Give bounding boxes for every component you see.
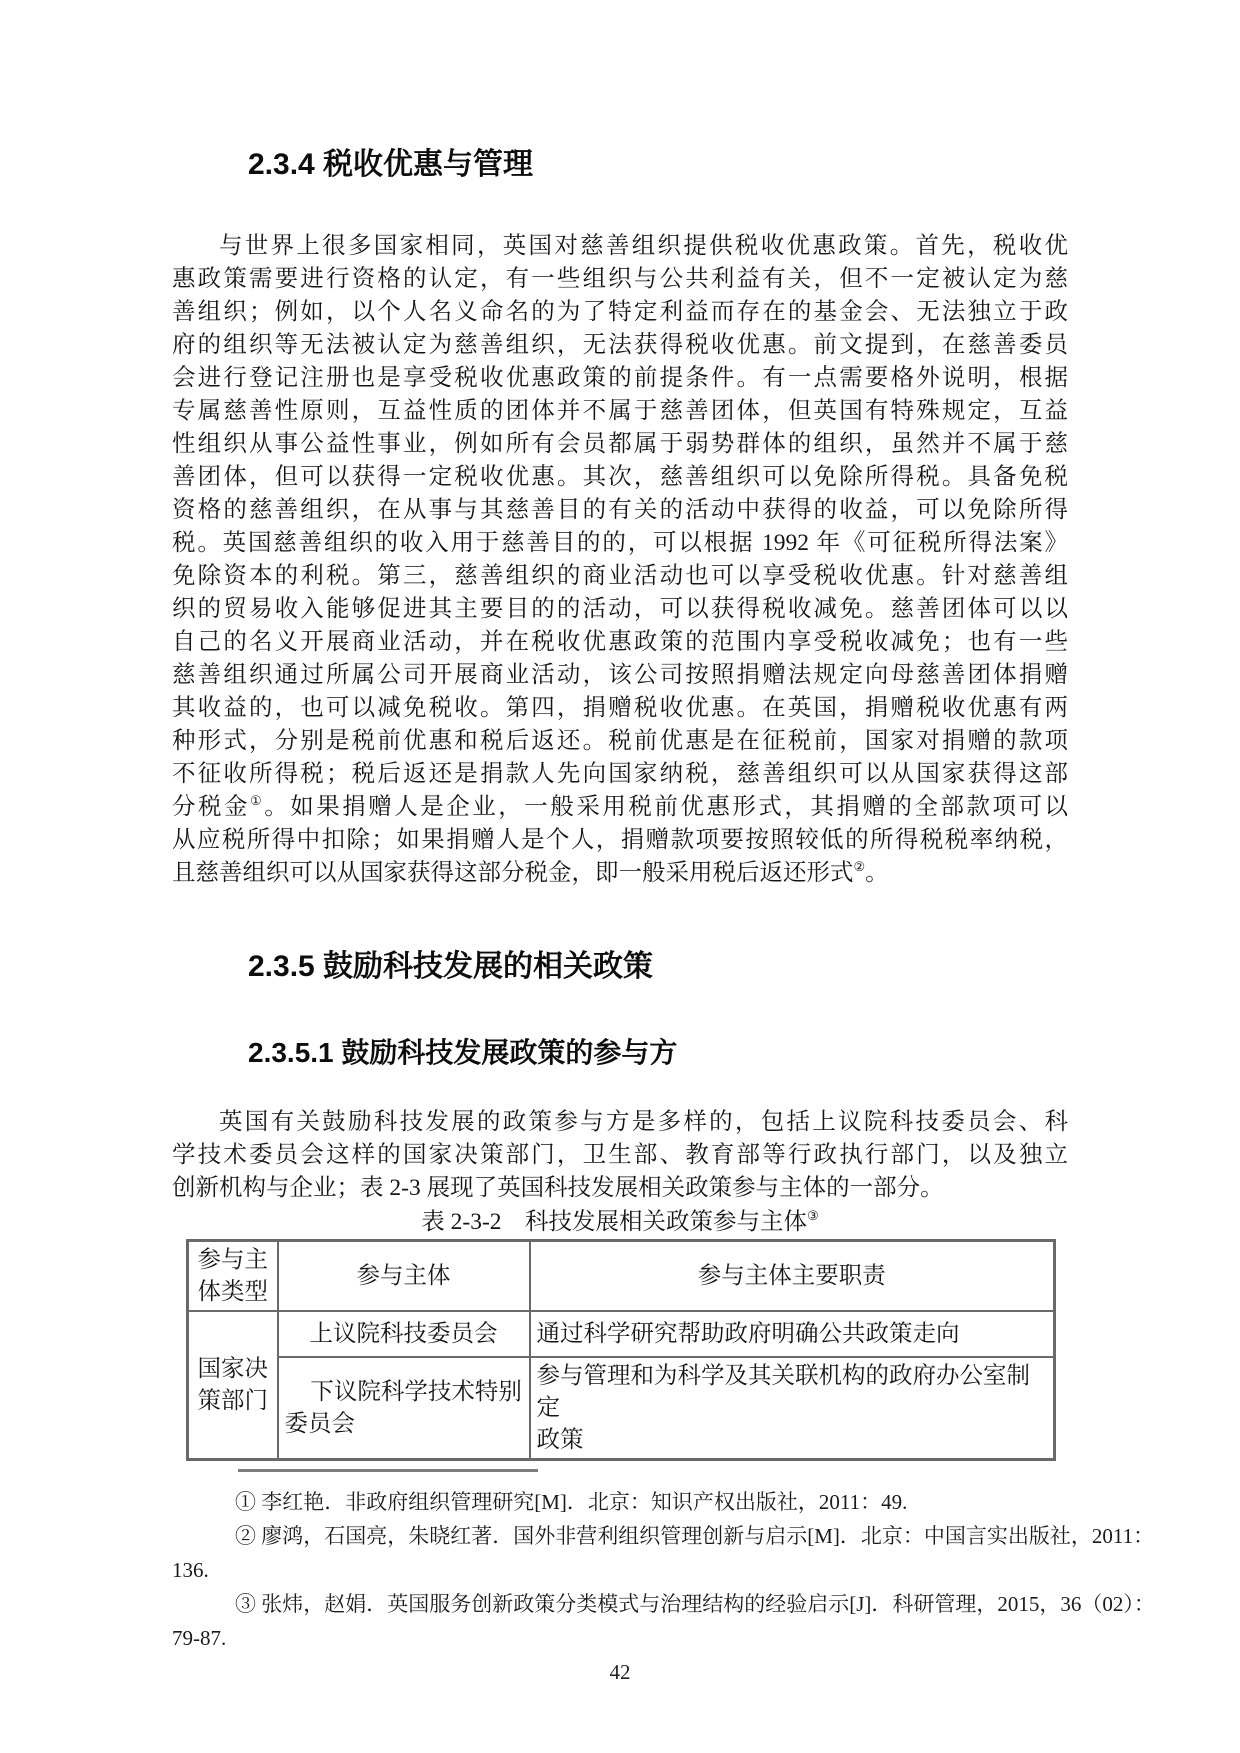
page-number: 42 <box>172 1659 1068 1685</box>
section-heading-2-3-4: 2.3.4 税收优惠与管理 <box>248 145 1068 185</box>
paragraph-text: 分税金 <box>172 794 250 820</box>
paragraph-text: 。如果捐赠人是企业，一般采用税前优惠形式，其捐赠的全部款项可以 <box>264 794 1068 820</box>
footnote-separator <box>238 1469 538 1472</box>
paragraph-line: 与世界上很多国家相同，英国对慈善组织提供税收优惠政策。首先，税收优 <box>172 230 1068 263</box>
paragraph-line: 自己的名义开展商业活动，并在税收优惠政策的范围内享受税收减免；也有一些 <box>172 626 1068 659</box>
paragraph-line: 会进行登记注册也是享受税收优惠政策的前提条件。有一点需要格外说明，根据 <box>172 362 1068 395</box>
paragraph-line: 善团体，但可以获得一定税收优惠。其次，慈善组织可以免除所得税。具备免税 <box>172 461 1068 494</box>
paragraph-line: 从应税所得中扣除；如果捐赠人是个人，捐赠款项要按照较低的所得税税率纳税， <box>172 824 1068 857</box>
paragraph-tax-benefits: 与世界上很多国家相同，英国对慈善组织提供税收优惠政策。首先，税收优 惠政策需要进… <box>172 230 1068 890</box>
paragraph-line: 慈善组织通过所属公司开展商业活动，该公司按照捐赠法规定向母慈善团体捐赠 <box>172 659 1068 692</box>
table-row: 下议院科学技术特别 委员会 参与管理和为科学及其关联机构的政府办公室制定 政策 <box>188 1357 1055 1460</box>
footnote-line: 79-87. <box>172 1621 1068 1655</box>
paragraph-line: 免除资本的利税。第三，慈善组织的商业活动也可以享受税收优惠。针对慈善组 <box>172 560 1068 593</box>
footnote-2: ② 廖鸿，石国亮，朱晓红著．国外非营利组织管理创新与启示[M]．北京：中国言实出… <box>172 1519 1068 1587</box>
paragraph-line: 善组织；例如，以个人名义命名的为了特定利益而存在的基金会、无法独立于政 <box>172 296 1068 329</box>
cell-participant-type: 国家决 策部门 <box>188 1311 278 1460</box>
footnote-line: ① 李红艳．非政府组织管理研究[M]．北京：知识产权出版社，2011：49. <box>172 1485 1068 1519</box>
paragraph-line: 种形式，分别是税前优惠和税后返还。税前优惠是在征税前，国家对捐赠的款项 <box>172 725 1068 758</box>
col-header-participant-duty: 参与主体主要职责 <box>530 1241 1055 1312</box>
page-content: 2.3.4 税收优惠与管理 与世界上很多国家相同，英国对慈善组织提供税收优惠政策… <box>172 0 1068 1685</box>
paragraph-line: 府的组织等无法被认定为慈善组织，无法获得税收优惠。前文提到，在慈善委员 <box>172 329 1068 362</box>
paragraph-line: 织的贸易收入能够促进其主要目的的活动，可以获得税收减免。慈善团体可以以 <box>172 593 1068 626</box>
participants-table: 参与主 体类型 参与主体 参与主体主要职责 国家决 策部门 上议院科技委员会 通… <box>186 1239 1056 1461</box>
paragraph-line: 惠政策需要进行资格的认定，有一些组织与公共利益有关，但不一定被认定为慈 <box>172 263 1068 296</box>
footnote-line: ② 廖鸿，石国亮，朱晓红著．国外非营利组织管理创新与启示[M]．北京：中国言实出… <box>172 1519 1068 1553</box>
paragraph-line: 且慈善组织可以从国家获得这部分税金，即一般采用税后返还形式②。 <box>172 857 1068 890</box>
paragraph-text: 。 <box>865 860 889 886</box>
paragraph-line: 学技术委员会这样的国家决策部门，卫生部、教育部等行政执行部门，以及独立 <box>172 1139 1068 1172</box>
cell-participant: 上议院科技委员会 <box>278 1311 530 1357</box>
paragraph-line: 税。英国慈善组织的收入用于慈善目的的，可以根据 1992 年《可征税所得法案》 <box>172 527 1068 560</box>
table-caption: 表 2-3-2 科技发展相关政策参与主体③ <box>172 1206 1068 1238</box>
footnote-3: ③ 张炜，赵娟．英国服务创新政策分类模式与治理结构的经验启示[J]．科研管理，2… <box>172 1587 1068 1655</box>
col-header-participant-type: 参与主 体类型 <box>188 1241 278 1312</box>
paragraph-line: 其收益的，也可以减免税收。第四，捐赠税收优惠。在英国，捐赠税收优惠有两 <box>172 692 1068 725</box>
section-heading-2-3-5: 2.3.5 鼓励科技发展的相关政策 <box>248 947 1068 987</box>
paragraph-line: 创新机构与企业；表 2-3 展现了英国科技发展相关政策参与主体的一部分。 <box>172 1172 1068 1205</box>
footnote-ref-3: ③ <box>807 1208 819 1223</box>
footnote-ref-2: ② <box>854 859 866 874</box>
table-row: 国家决 策部门 上议院科技委员会 通过科学研究帮助政府明确公共政策走向 <box>188 1311 1055 1357</box>
footnote-line: ③ 张炜，赵娟．英国服务创新政策分类模式与治理结构的经验启示[J]．科研管理，2… <box>172 1587 1068 1621</box>
col-header-participant: 参与主体 <box>278 1241 530 1312</box>
paragraph-line: 资格的慈善组织，在从事与其慈善目的有关的活动中获得的收益，可以免除所得 <box>172 494 1068 527</box>
paragraph-text: 且慈善组织可以从国家获得这部分税金，即一般采用税后返还形式 <box>172 860 854 886</box>
footnote-line: 136. <box>172 1553 1068 1587</box>
paragraph-line: 专属慈善性原则，互益性质的团体并不属于慈善团体，但英国有特殊规定，互益 <box>172 395 1068 428</box>
cell-participant-duty: 通过科学研究帮助政府明确公共政策走向 <box>530 1311 1055 1357</box>
paragraph-policy-participants: 英国有关鼓励科技发展的政策参与方是多样的，包括上议院科技委员会、科 学技术委员会… <box>172 1106 1068 1205</box>
cell-participant: 下议院科学技术特别 委员会 <box>278 1357 530 1460</box>
page: 2.3.4 税收优惠与管理 与世界上很多国家相同，英国对慈善组织提供税收优惠政策… <box>0 0 1240 1753</box>
cell-participant-duty: 参与管理和为科学及其关联机构的政府办公室制定 政策 <box>530 1357 1055 1460</box>
footnote-1: ① 李红艳．非政府组织管理研究[M]．北京：知识产权出版社，2011：49. <box>172 1485 1068 1519</box>
paragraph-line: 分税金①。如果捐赠人是企业，一般采用税前优惠形式，其捐赠的全部款项可以 <box>172 791 1068 824</box>
paragraph-line: 英国有关鼓励科技发展的政策参与方是多样的，包括上议院科技委员会、科 <box>172 1106 1068 1139</box>
table-caption-text: 表 2-3-2 科技发展相关政策参与主体 <box>421 1209 807 1235</box>
footnote-ref-1: ① <box>250 793 264 808</box>
paragraph-line: 不征收所得税；税后返还是捐款人先向国家纳税，慈善组织可以从国家获得这部 <box>172 758 1068 791</box>
table-header-row: 参与主 体类型 参与主体 参与主体主要职责 <box>188 1241 1055 1312</box>
section-heading-2-3-5-1: 2.3.5.1 鼓励科技发展政策的参与方 <box>248 1034 1068 1072</box>
paragraph-line: 性组织从事公益性事业，例如所有会员都属于弱势群体的组织，虽然并不属于慈 <box>172 428 1068 461</box>
footnotes: ① 李红艳．非政府组织管理研究[M]．北京：知识产权出版社，2011：49. ②… <box>172 1485 1068 1655</box>
